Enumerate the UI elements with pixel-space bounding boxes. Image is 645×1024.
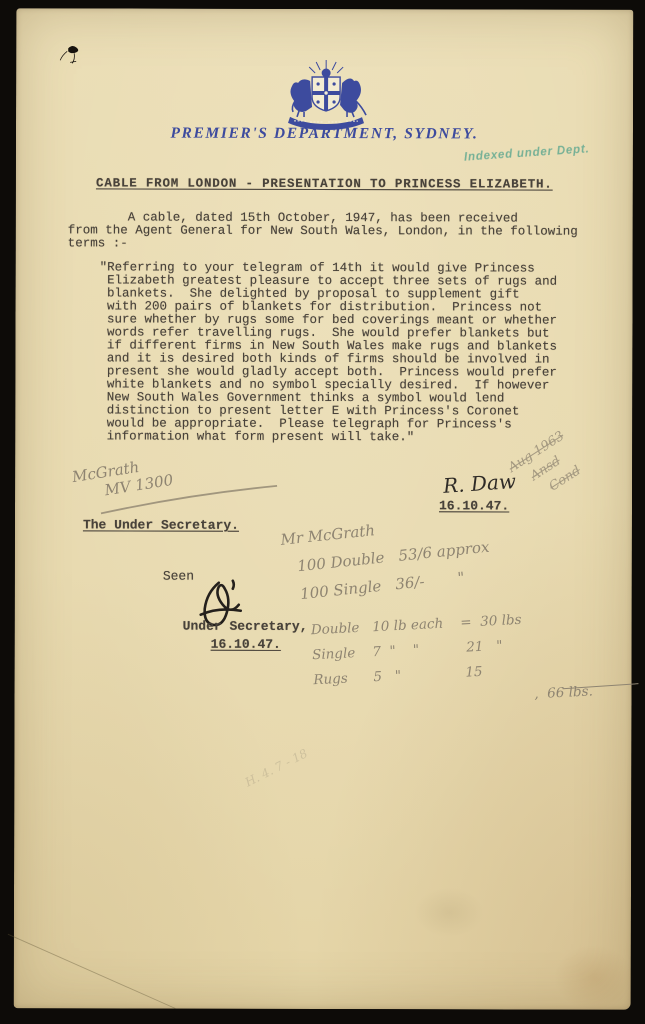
pencil-weights-total: , 66 lbs. xyxy=(534,679,594,707)
pencil-faint-note: H. 4. 7 - 18 xyxy=(243,746,310,789)
subject-heading: CABLE FROM LONDON - PRESENTATION TO PRIN… xyxy=(16,177,633,192)
intro-paragraph: A cable, dated 15th October, 1947, has b… xyxy=(68,211,578,251)
under-secretary-title: Under Secretary, xyxy=(183,620,308,633)
daw-signature: R. Daw xyxy=(442,469,516,498)
pencil-prices-note: Mr McGrath 100 Double 53/6 approx 100 Si… xyxy=(279,505,493,610)
addressee-line: The Under Secretary. xyxy=(83,518,239,531)
under-secretary-date: 16.10.47. xyxy=(211,638,281,651)
pencil-underline-swoosh xyxy=(97,482,282,516)
nsw-coat-of-arms xyxy=(268,55,384,133)
scan-background: PREMIER'S DEPARTMENT, SYDNEY. Indexed un… xyxy=(0,0,645,1024)
document-page: PREMIER'S DEPARTMENT, SYDNEY. Indexed un… xyxy=(14,8,634,1010)
subject-heading-text: CABLE FROM LONDON - PRESENTATION TO PRIN… xyxy=(96,176,553,191)
letterhead-title: PREMIER'S DEPARTMENT, SYDNEY. xyxy=(16,124,633,144)
paper-stain xyxy=(554,945,634,1011)
ink-blot xyxy=(54,38,94,78)
indexed-stamp: Indexed under Dept. xyxy=(464,143,590,163)
cable-quote-paragraph: "Referring to your telegram of 14th it w… xyxy=(99,261,557,444)
pencil-weights-note: Double 10 lb each = 30 lbs Single 7 " " … xyxy=(310,604,593,718)
paper-stain-faint xyxy=(414,887,484,937)
paper-crease xyxy=(6,926,181,1011)
